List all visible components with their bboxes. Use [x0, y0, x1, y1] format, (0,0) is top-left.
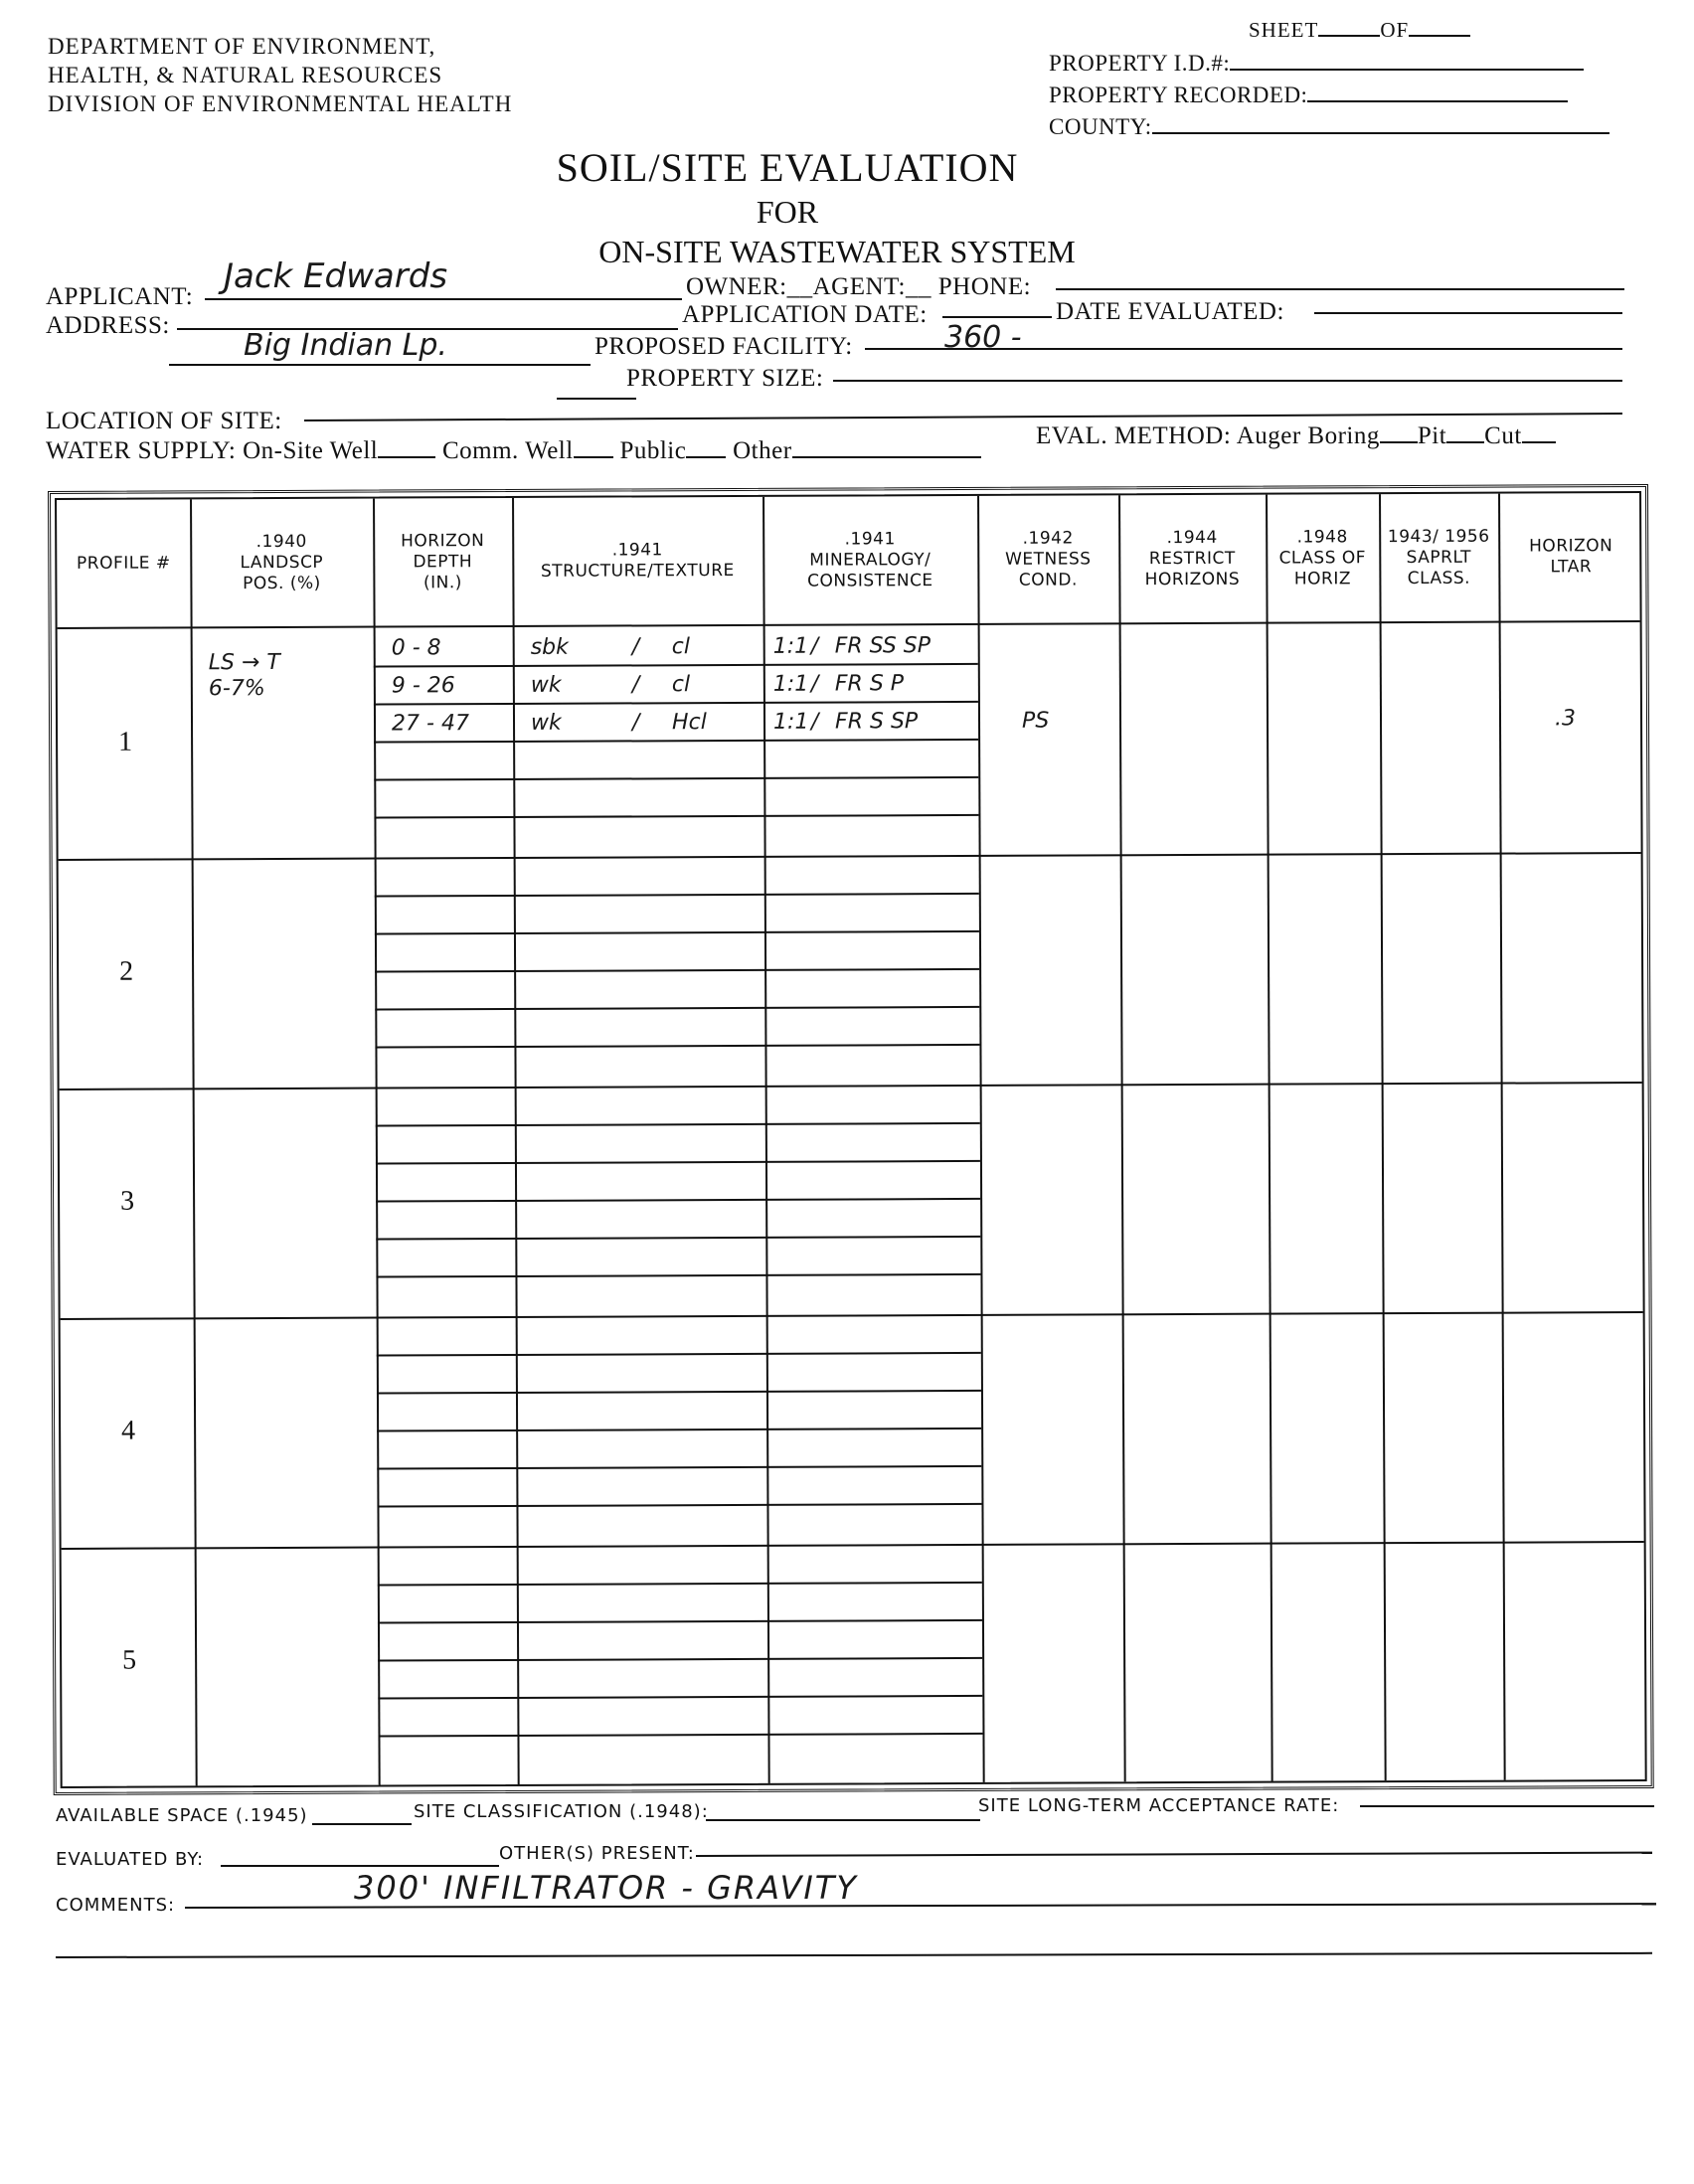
sheet-field[interactable] — [1318, 35, 1380, 37]
owner-agent-phone-label: OWNER:__AGENT:__ PHONE: — [686, 273, 1031, 301]
profile-divider — [59, 852, 1641, 861]
profile-number: 3 — [60, 1185, 195, 1218]
date-evaluated-field[interactable] — [1314, 312, 1622, 314]
available-space-label: AVAILABLE SPACE (.1945) — [56, 1805, 308, 1826]
profile-number: 4 — [61, 1415, 196, 1447]
evaluated-by-label: EVALUATED BY: — [56, 1849, 204, 1870]
eval-option-cut: Cut — [1484, 422, 1522, 449]
property-id-field[interactable] — [1230, 69, 1584, 71]
texture-value: Hcl — [672, 710, 707, 735]
profile-divider — [62, 1541, 1644, 1550]
mineralogy-value: 1:1 — [773, 672, 809, 697]
horizon-row-divider — [374, 739, 978, 744]
cut-blank[interactable] — [1522, 441, 1556, 443]
profile-number: 5 — [62, 1644, 197, 1677]
horizon-row-divider — [374, 701, 978, 706]
column-header: 1943/ 1956SAPRLTCLASS. — [1379, 494, 1499, 622]
date-evaluated-label: DATE EVALUATED: — [1056, 298, 1284, 326]
county-label: COUNTY: — [1049, 114, 1152, 139]
property-size-field[interactable] — [833, 380, 1622, 382]
column-divider — [190, 499, 198, 1785]
horizon-row-divider — [378, 1695, 982, 1700]
sheet-number: SHEETOF — [1249, 18, 1470, 43]
mineralogy-value: 1:1 — [773, 634, 809, 659]
form-title: SOIL/SITE EVALUATION — [0, 144, 1694, 191]
water-option-other: Other — [733, 437, 791, 464]
property-size-label: PROPERTY SIZE: — [626, 365, 823, 393]
property-block: PROPERTY I.D.#: PROPERTY RECORDED: COUNT… — [1049, 48, 1609, 143]
column-divider — [1118, 495, 1126, 1781]
location-label: LOCATION OF SITE: — [46, 408, 282, 435]
column-divider — [1379, 494, 1387, 1780]
structure-texture-separator: / — [632, 634, 640, 659]
horizon-row-divider — [375, 1006, 979, 1011]
agency-line-3: DIVISION OF ENVIRONMENTAL HEALTH — [48, 89, 512, 118]
others-present-field[interactable] — [696, 1852, 1652, 1857]
horizon-row-divider — [377, 1503, 981, 1508]
horizon-row-divider — [378, 1733, 982, 1738]
column-divider — [977, 496, 985, 1782]
column-header: .1944RESTRICTHORIZONS — [1118, 495, 1267, 623]
horizon-row-divider — [376, 1122, 980, 1127]
texture-value: cl — [672, 634, 690, 659]
agency-header: DEPARTMENT OF ENVIRONMENT, HEALTH, & NAT… — [48, 32, 512, 118]
water-option-public: Public — [619, 437, 686, 464]
site-classification-label: SITE CLASSIFICATION (.1948): — [414, 1801, 709, 1822]
horizon-row-divider — [374, 776, 978, 781]
structure-texture-separator: / — [632, 710, 640, 735]
form-title-for: FOR — [0, 194, 1694, 231]
column-header: .1941STRUCTURE/TEXTURE — [512, 497, 763, 625]
mineralogy-separator: / — [811, 634, 819, 659]
structure-value: wk — [531, 673, 562, 698]
horizon-depth-value: 9 - 26 — [392, 673, 455, 698]
horizon-row-divider — [377, 1352, 981, 1357]
horizon-row-divider — [375, 968, 979, 973]
horizon-row-divider — [378, 1657, 982, 1662]
pit-blank[interactable] — [1446, 441, 1484, 443]
property-id-label: PROPERTY I.D.#: — [1049, 51, 1230, 76]
column-divider — [762, 497, 770, 1783]
horizon-row-divider — [375, 930, 979, 935]
proposed-facility-label: PROPOSED FACILITY: — [594, 333, 853, 361]
horizon-row-divider — [375, 1044, 979, 1049]
address-label: ADDRESS: — [46, 312, 170, 340]
evaluated-by-field[interactable] — [221, 1865, 499, 1867]
horizon-depth-value: 0 - 8 — [392, 635, 441, 660]
column-header: .1942WETNESSCOND. — [977, 495, 1119, 623]
property-recorded-label: PROPERTY RECORDED: — [1049, 83, 1307, 107]
mineralogy-separator: / — [811, 710, 819, 735]
soil-profile-table: PROFILE #.1940LANDSCPPOS. (%)HORIZONDEPT… — [48, 484, 1654, 1795]
horizon-row-divider — [376, 1273, 980, 1278]
eval-option-auger: Auger Boring — [1237, 422, 1380, 449]
structure-value: wk — [531, 711, 562, 736]
horizon-depth-value: 27 - 47 — [392, 711, 469, 736]
horizon-row-divider — [376, 1198, 980, 1203]
applicant-field[interactable] — [205, 298, 682, 300]
mineralogy-separator: / — [811, 672, 819, 697]
column-divider — [512, 498, 520, 1784]
horizon-row-divider — [378, 1582, 982, 1587]
eval-method: EVAL. METHOD: Auger BoringPitCut — [1036, 422, 1556, 450]
water-option-comm-well: Comm. Well — [442, 437, 574, 464]
horizon-row-divider — [376, 1236, 980, 1241]
column-header: HORIZONDEPTH(IN.) — [373, 498, 513, 626]
horizon-row-divider — [377, 1428, 981, 1432]
profile-number: 1 — [58, 726, 193, 758]
available-space-field[interactable] — [312, 1823, 412, 1825]
column-divider — [1498, 494, 1506, 1780]
others-present-label: OTHER(S) PRESENT: — [499, 1843, 695, 1864]
landscape-position-value: 6-7% — [209, 676, 265, 701]
agency-line-2: HEALTH, & NATURAL RESOURCES — [48, 61, 512, 89]
agency-line-1: DEPARTMENT OF ENVIRONMENT, — [48, 32, 512, 61]
consistence-value: FR SS SP — [835, 633, 931, 658]
other-blank[interactable] — [792, 456, 981, 458]
of-label: OF — [1380, 18, 1409, 42]
water-option-onsite-well: On-Site Well — [243, 437, 378, 464]
horizon-row-divider — [376, 1160, 980, 1165]
eval-option-pit: Pit — [1418, 422, 1446, 449]
property-size-field-lead — [557, 398, 636, 400]
column-header: .1941MINERALOGY/CONSISTENCE — [762, 496, 978, 624]
horizon-row-divider — [377, 1465, 981, 1470]
water-supply: WATER SUPPLY: On-Site Well Comm. Well Pu… — [46, 437, 981, 465]
consistence-value: FR S P — [835, 671, 904, 696]
sheet-label: SHEET — [1249, 18, 1318, 42]
profile-divider — [61, 1311, 1643, 1320]
proposed-facility-value: 360 - — [944, 320, 1022, 355]
column-divider — [1266, 495, 1273, 1781]
application-date-field[interactable] — [942, 316, 1052, 318]
county-field[interactable] — [1152, 132, 1609, 134]
comm-well-blank[interactable] — [574, 456, 613, 458]
profile-number: 2 — [59, 955, 194, 988]
profile-divider — [60, 1082, 1642, 1091]
sheet-total-field[interactable] — [1409, 35, 1470, 37]
wetness-condition-value: PS — [1022, 709, 1049, 734]
application-date-label: APPLICATION DATE: — [682, 301, 928, 329]
horizon-row-divider — [374, 663, 978, 668]
horizon-ltar-value: .3 — [1555, 706, 1576, 731]
onsite-well-blank[interactable] — [378, 456, 435, 458]
address-value: Big Indian Lp. — [244, 328, 447, 363]
column-header: HORIZONLTAR — [1498, 493, 1644, 621]
address-field-2[interactable] — [169, 364, 591, 366]
ltar-label: SITE LONG-TERM ACCEPTANCE RATE: — [978, 1795, 1339, 1816]
structure-value: sbk — [531, 635, 569, 660]
horizon-row-divider — [378, 1619, 982, 1624]
horizon-row-divider — [375, 893, 979, 898]
property-recorded-field[interactable] — [1307, 100, 1568, 102]
public-blank[interactable] — [686, 456, 726, 458]
column-header: .1940LANDSCPPOS. (%) — [190, 499, 374, 627]
horizon-row-divider — [377, 1390, 981, 1395]
column-header: .1948CLASS OFHORIZ — [1266, 494, 1380, 621]
mineralogy-value: 1:1 — [773, 710, 809, 735]
phone-field[interactable] — [1056, 288, 1624, 290]
ltar-field[interactable] — [1360, 1805, 1654, 1807]
applicant-value: Jack Edwards — [224, 256, 447, 296]
auger-blank[interactable] — [1380, 441, 1418, 443]
texture-value: cl — [672, 672, 690, 697]
comments-value: 300' INFILTRATOR - GRAVITY — [354, 1869, 858, 1907]
consistence-value: FR S SP — [835, 709, 918, 734]
structure-texture-separator: / — [632, 672, 640, 697]
comments-field-2[interactable] — [56, 1952, 1652, 1958]
comments-label: COMMENTS: — [56, 1895, 175, 1916]
landscape-position-value: LS → T — [209, 650, 280, 675]
site-classification-field[interactable] — [706, 1819, 980, 1821]
location-field[interactable] — [304, 413, 1622, 421]
horizon-row-divider — [374, 814, 978, 819]
table-grid: PROFILE #.1940LANDSCPPOS. (%)HORIZONDEPT… — [55, 491, 1647, 1788]
column-divider — [373, 499, 381, 1785]
column-header: PROFILE # — [57, 499, 191, 627]
applicant-label: APPLICANT: — [46, 283, 193, 311]
